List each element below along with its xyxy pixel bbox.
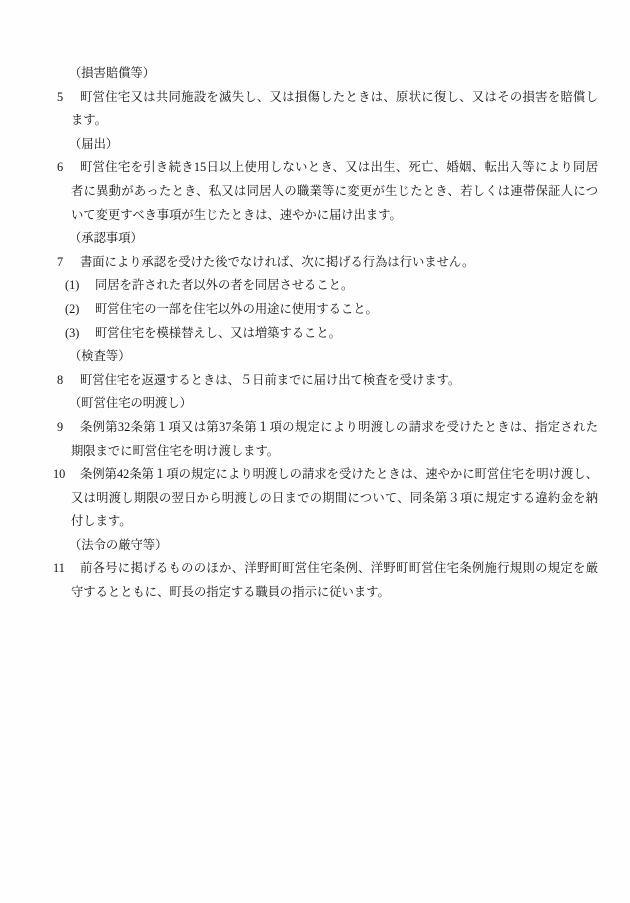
clause-text: 条例第32条第１項又は第37条第１項の規定により明渡しの請求を受けたときは、指定… bbox=[80, 416, 598, 440]
sub-item-1: (1) 同居を許された者以外の者を同居させること。 bbox=[0, 274, 598, 298]
clause-text: 前各号に掲げるもののほか、洋野町町営住宅条例、洋野町町営住宅条例施行規則の規定を… bbox=[80, 557, 598, 581]
clause-10-continuation: 付します。 bbox=[71, 510, 598, 534]
clause-text: 町営住宅を引き続き15日以上使用しないとき、又は出生、死亡、婚姻、転出入等により… bbox=[80, 156, 598, 180]
clause-text: 町営住宅又は共同施設を滅失し、又は損傷したときは、原状に復し、又はその損害を賠償… bbox=[80, 86, 598, 110]
clause-number: 10 bbox=[53, 463, 80, 487]
clause-text: 条例第42条第１項の規定により明渡しの請求を受けたときは、速やかに町営住宅を明け… bbox=[80, 463, 598, 487]
clause-10-continuation: 又は明渡し期限の翌日から明渡しの日までの期間について、同条第３項に規定する違約金… bbox=[71, 487, 598, 511]
clause-7-line: 7 書面により承認を受けた後でなければ、次に掲げる行為は行いません。 bbox=[0, 251, 598, 275]
clause-5-line: 5 町営住宅又は共同施設を滅失し、又は損傷したときは、原状に復し、又はその損害を… bbox=[0, 86, 598, 110]
clause-text: 書面により承認を受けた後でなければ、次に掲げる行為は行いません。 bbox=[80, 251, 598, 275]
clause-text: 町営住宅を返還するときは、５日前までに届け出て検査を受けます。 bbox=[80, 369, 598, 393]
clause-number: 9 bbox=[53, 416, 80, 440]
clause-5-continuation: ます。 bbox=[71, 109, 598, 133]
section-heading-compliance: （法令の厳守等） bbox=[69, 534, 598, 558]
clause-10-line: 10 条例第42条第１項の規定により明渡しの請求を受けたときは、速やかに町営住宅… bbox=[0, 463, 598, 487]
section-heading-damages: （損害賠償等） bbox=[69, 62, 598, 86]
clause-number: 7 bbox=[53, 251, 80, 275]
sub-item-2: (2) 町営住宅の一部を住宅以外の用途に使用すること。 bbox=[0, 298, 598, 322]
sub-item-text: 町営住宅を模様替えし、又は増築すること。 bbox=[95, 322, 598, 346]
clause-6-continuation: 者に異動があったとき、私又は同居人の職業等に変更が生じたとき、若しくは連帯保証人… bbox=[71, 180, 598, 204]
sub-item-text: 同居を許された者以外の者を同居させること。 bbox=[95, 274, 598, 298]
clause-9-line: 9 条例第32条第１項又は第37条第１項の規定により明渡しの請求を受けたときは、… bbox=[0, 416, 598, 440]
clause-number: 8 bbox=[53, 369, 80, 393]
section-heading-notification: （届出） bbox=[69, 133, 598, 157]
sub-item-text: 町営住宅の一部を住宅以外の用途に使用すること。 bbox=[95, 298, 598, 322]
clause-6-continuation: いて変更すべき事項が生じたときは、速やかに届け出ます。 bbox=[71, 204, 598, 228]
section-heading-inspection: （検査等） bbox=[69, 345, 598, 369]
sub-item-number: (1) bbox=[65, 274, 95, 298]
clause-number: 11 bbox=[53, 557, 80, 581]
clause-6-line: 6 町営住宅を引き続き15日以上使用しないとき、又は出生、死亡、婚姻、転出入等に… bbox=[0, 156, 598, 180]
clause-9-continuation: 期限までに町営住宅を明け渡します。 bbox=[71, 440, 598, 464]
clause-11-continuation: 守するとともに、町長の指定する職員の指示に従います。 bbox=[71, 581, 598, 605]
clause-11-line: 11 前各号に掲げるもののほか、洋野町町営住宅条例、洋野町町営住宅条例施行規則の… bbox=[0, 557, 598, 581]
section-heading-vacating: （町営住宅の明渡し） bbox=[69, 392, 598, 416]
section-heading-approval: （承認事項） bbox=[69, 227, 598, 251]
sub-item-number: (3) bbox=[65, 322, 95, 346]
clause-8-line: 8 町営住宅を返還するときは、５日前までに届け出て検査を受けます。 bbox=[0, 369, 598, 393]
clause-number: 6 bbox=[53, 156, 80, 180]
clause-number: 5 bbox=[53, 86, 80, 110]
sub-item-number: (2) bbox=[65, 298, 95, 322]
document-page: （損害賠償等） 5 町営住宅又は共同施設を滅失し、又は損傷したときは、原状に復し… bbox=[0, 0, 630, 903]
sub-item-3: (3) 町営住宅を模様替えし、又は増築すること。 bbox=[0, 322, 598, 346]
